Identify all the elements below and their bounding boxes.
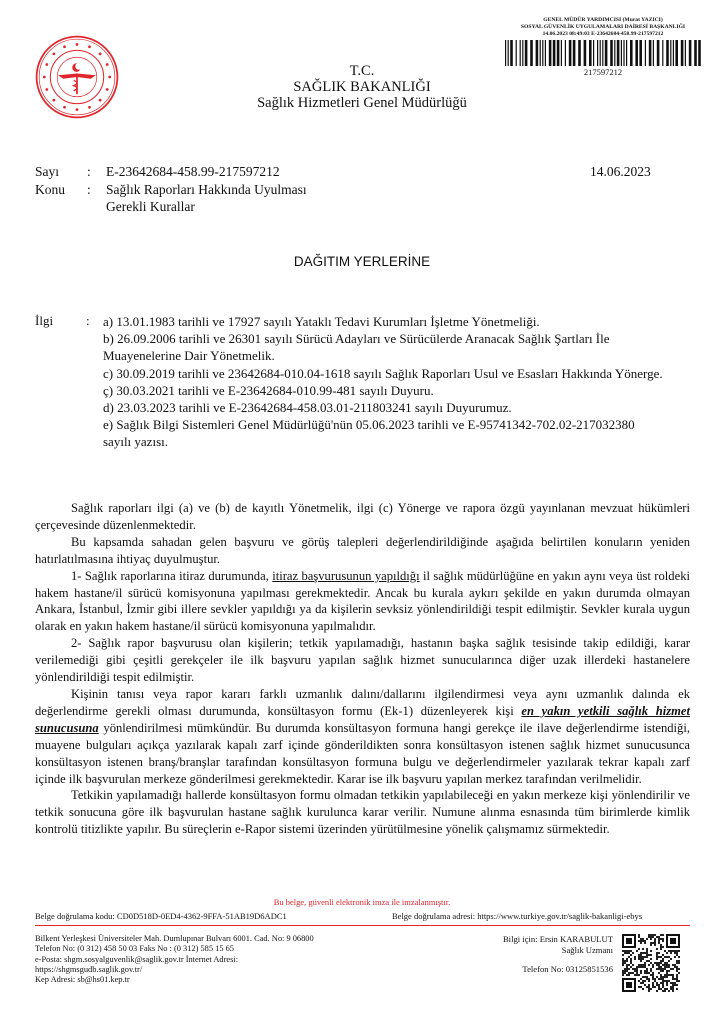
website-line[interactable]: https://shgmsgudb.saglik.gov.tr/ <box>35 965 314 975</box>
konu-value-line2: Gerekli Kurallar <box>106 198 195 215</box>
signature-barcode-block: GENEL MÜDÜR YARDIMCISI (Murat YAZICI) SO… <box>505 17 701 77</box>
body-paragraph-5: Kişinin tanısı veya rapor kararı farklı … <box>35 686 690 787</box>
ilgi-item: e) Sağlık Bilgi Sistemleri Genel Müdürlü… <box>103 416 663 450</box>
ilgi-item: b) 26.09.2006 tarihli ve 26301 sayılı Sü… <box>103 330 663 364</box>
body-paragraph-1: Sağlık raporları ilgi (a) ve (b) de kayı… <box>35 500 690 534</box>
ilgi-item: a) 13.01.1983 tarihli ve 17927 sayılı Ya… <box>103 313 663 330</box>
contact-phone: Telefon No: 03125851536 <box>470 964 613 975</box>
ilgi-label: İlgi <box>35 313 53 329</box>
footer-divider <box>35 925 690 926</box>
body-paragraph-4: 2- Sağlık rapor başvurusu olan kişilerin… <box>35 635 690 686</box>
qr-code-icon <box>621 934 681 992</box>
body-paragraph-6: Tetkikin yapılamadığı hallerde konsültas… <box>35 787 690 838</box>
email-line[interactable]: e-Posta: shgm.sosyalguvenlik@saglik.gov.… <box>35 955 314 965</box>
contact-title: Sağlık Uzmanı <box>470 945 613 956</box>
signature-timestamp: 14.06.2023 08:49:03 E-23642684-458.99-21… <box>505 31 701 38</box>
verification-code: Belge doğrulama kodu: CD0D518D-0ED4-4362… <box>35 911 287 921</box>
konu-value-line1: Sağlık Raporları Hakkında Uyulması <box>106 181 307 198</box>
distribution-title: DAĞITIM YERLERİNE <box>0 254 724 269</box>
sayi-colon: : <box>87 163 91 180</box>
body-paragraph-3: 1- Sağlık raporlarına itiraz durumunda, … <box>35 568 690 636</box>
contact-name: Bilgi için: Ersin KARABULUT <box>470 934 613 945</box>
phone-fax-line: Telefon No: (0 312) 458 50 03 Faks No : … <box>35 944 314 954</box>
address-line: Bilkent Yerleşkesi Üniversiteler Mah. Du… <box>35 934 314 944</box>
signer-department: SOSYAL GÜVENLİK UYGULAMALARI DAİRESİ BAŞ… <box>505 24 701 31</box>
p3-underlined-text: itiraz başvurusunun yapıldığı <box>272 569 419 583</box>
p5-text-b: yönlendirilmesi mümkündür. Bu durumda ko… <box>35 721 690 786</box>
header-department: Sağlık Hizmetleri Genel Müdürlüğü <box>0 95 724 112</box>
sayi-value: E-23642684-458.99-217597212 <box>106 163 280 180</box>
ilgi-item: d) 23.03.2023 tarihli ve E-23642684-458.… <box>103 399 663 416</box>
konu-label: Konu <box>35 181 65 198</box>
ilgi-list: a) 13.01.1983 tarihli ve 17927 sayılı Ya… <box>103 313 663 451</box>
header-ministry: SAĞLIK BAKANLIĞI <box>0 79 724 96</box>
ilgi-item: c) 30.09.2019 tarihli ve 23642684-010.04… <box>103 365 663 382</box>
verification-address[interactable]: Belge doğrulama adresi: https://www.turk… <box>392 911 642 921</box>
document-date: 14.06.2023 <box>590 163 651 180</box>
letter-body: Sağlık raporları ilgi (a) ve (b) de kayı… <box>35 500 690 838</box>
address-block: Bilkent Yerleşkesi Üniversiteler Mah. Du… <box>35 934 314 985</box>
ilgi-colon: : <box>86 313 90 329</box>
ilgi-item: ç) 30.03.2021 tarihli ve E-23642684-010.… <box>103 382 663 399</box>
p3-text-a: 1- Sağlık raporlarına itiraz durumunda, <box>71 569 272 583</box>
sayi-label: Sayı <box>35 163 59 180</box>
barcode-icon <box>505 40 701 66</box>
signer-name: GENEL MÜDÜR YARDIMCISI (Murat YAZICI) <box>505 17 701 24</box>
body-paragraph-2: Bu kapsamda sahadan gelen başvuru ve gör… <box>35 534 690 568</box>
konu-colon: : <box>87 181 91 198</box>
esign-notice: Bu belge, güvenli elektronik imza ile im… <box>0 897 724 907</box>
barcode-number: 217597212 <box>505 67 701 77</box>
kep-address-line: Kep Adresi: sb@hs01.kep.tr <box>35 975 314 985</box>
contact-block: Bilgi için: Ersin KARABULUT Sağlık Uzman… <box>470 934 613 975</box>
